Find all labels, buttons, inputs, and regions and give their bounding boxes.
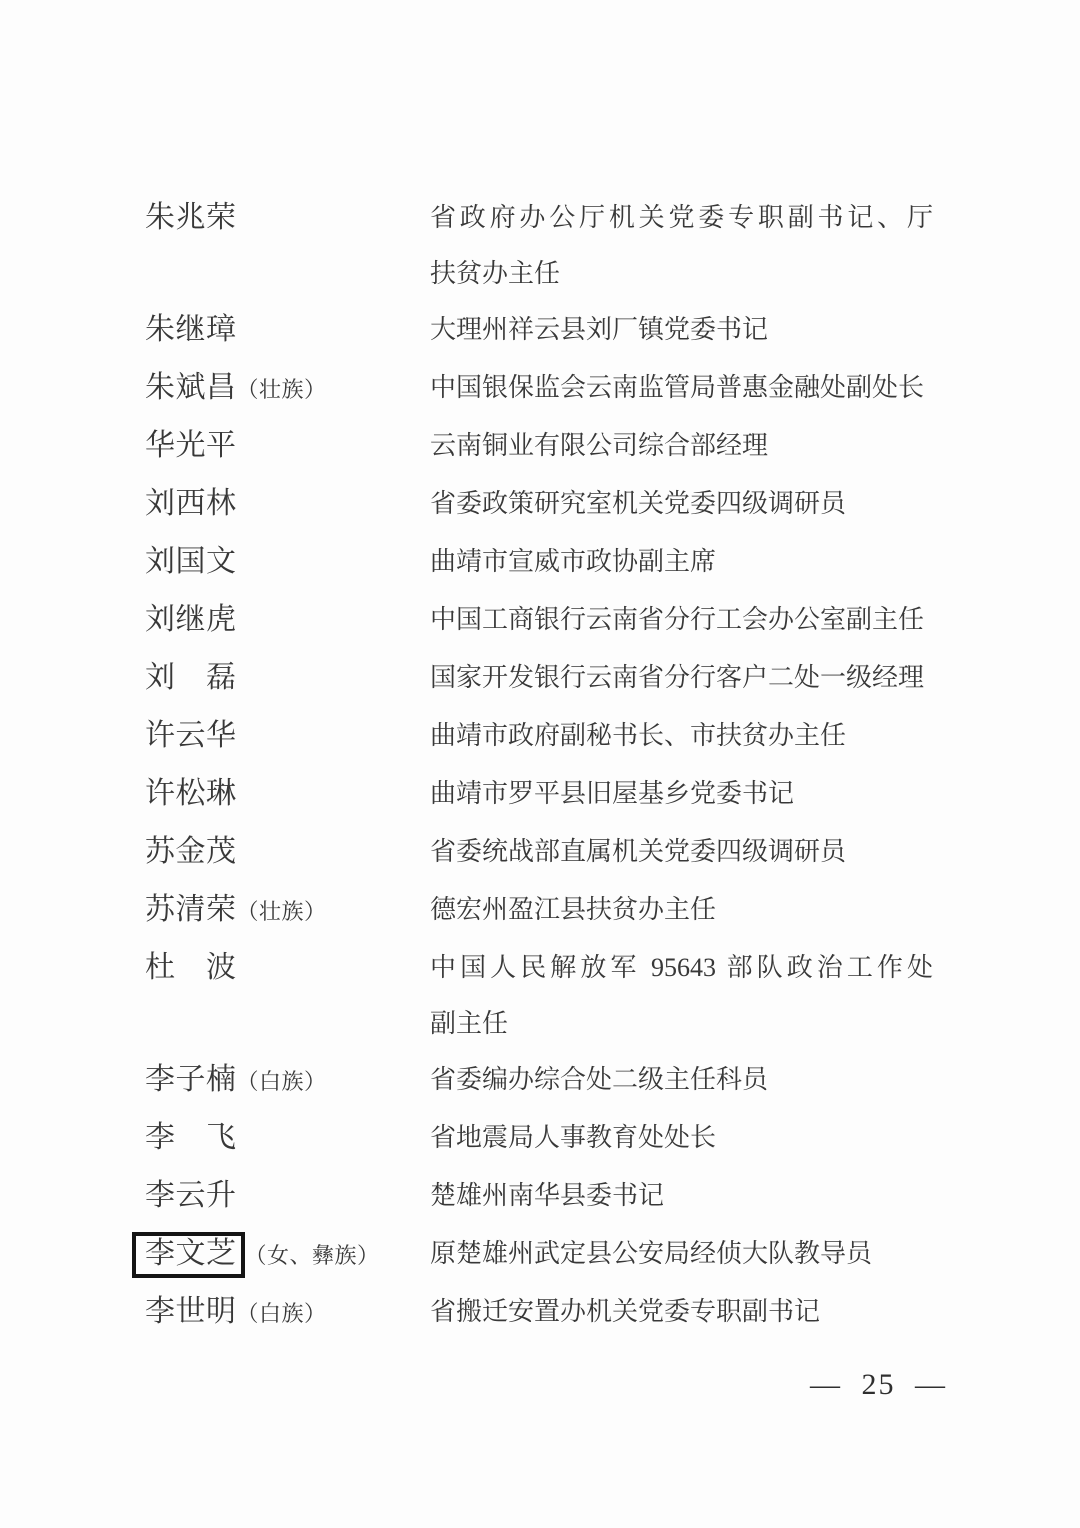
name-cell: 许云华: [145, 708, 430, 766]
name-cell: 苏清荣（壮族）: [145, 882, 430, 940]
title-cell: 曲靖市罗平县旧屋基乡党委书记: [430, 766, 933, 822]
position-title-line: 曲靖市宣威市政协副主席: [430, 534, 933, 590]
position-title-line: 国家开发银行云南省分行客户二处一级经理: [430, 650, 933, 706]
ethnic-annotation: （白族）: [237, 1301, 327, 1326]
person-name: 许云华: [145, 719, 237, 752]
roster-row: 朱继璋 大理州祥云县刘厂镇党委书记: [145, 302, 933, 360]
roster-row: 许松琳 曲靖市罗平县旧屋基乡党委书记: [145, 766, 933, 824]
name-cell: 刘继虎: [145, 592, 430, 650]
roster-row: 朱斌昌（壮族） 中国银保监会云南监管局普惠金融处副处长: [145, 360, 933, 418]
person-name: 李 飞: [145, 1121, 237, 1154]
position-title-line: 省委统战部直属机关党委四级调研员: [430, 824, 933, 880]
name-cell: 李云升: [145, 1168, 430, 1226]
person-name: 李子楠: [145, 1063, 237, 1096]
name-cell: 刘西林: [145, 476, 430, 534]
roster-row: 李云升 楚雄州南华县委书记: [145, 1168, 933, 1226]
roster-list: 朱兆荣 省政府办公厅机关党委专职副书记、厅 扶贫办主任 朱继璋 大理州祥云县刘厂…: [145, 190, 933, 1342]
roster-row: 李世明（白族） 省搬迁安置办机关党委专职副书记: [145, 1284, 933, 1342]
title-cell: 中国人民解放军 95643 部队政治工作处 副主任: [430, 940, 933, 1052]
position-title-line: 省搬迁安置办机关党委专职副书记: [430, 1284, 933, 1340]
ethnic-annotation: （白族）: [237, 1069, 327, 1094]
name-cell: 朱继璋: [145, 302, 430, 360]
position-title-line: 曲靖市政府副秘书长、市扶贫办主任: [430, 708, 933, 764]
roster-row: 李 飞 省地震局人事教育处处长: [145, 1110, 933, 1168]
person-name: 朱继璋: [145, 313, 237, 346]
person-name: 刘国文: [145, 545, 237, 578]
roster-row: 刘西林 省委政策研究室机关党委四级调研员: [145, 476, 933, 534]
position-title-line: 副主任: [430, 996, 933, 1052]
ethnic-annotation: （壮族）: [237, 899, 327, 924]
person-name: 苏金茂: [145, 835, 237, 868]
roster-row: 李文芝（女、彝族） 原楚雄州武定县公安局经侦大队教导员: [145, 1226, 933, 1284]
roster-row: 刘继虎 中国工商银行云南省分行工会办公室副主任: [145, 592, 933, 650]
title-cell: 省地震局人事教育处处长: [430, 1110, 933, 1166]
person-name: 刘继虎: [145, 603, 237, 636]
title-cell: 省委统战部直属机关党委四级调研员: [430, 824, 933, 880]
roster-row: 朱兆荣 省政府办公厅机关党委专职副书记、厅 扶贫办主任: [145, 190, 933, 302]
name-cell: 刘 磊: [145, 650, 430, 708]
roster-row: 许云华 曲靖市政府副秘书长、市扶贫办主任: [145, 708, 933, 766]
title-cell: 省政府办公厅机关党委专职副书记、厅 扶贫办主任: [430, 190, 933, 302]
title-cell: 曲靖市政府副秘书长、市扶贫办主任: [430, 708, 933, 764]
title-cell: 国家开发银行云南省分行客户二处一级经理: [430, 650, 933, 706]
title-cell: 中国银保监会云南监管局普惠金融处副处长: [430, 360, 933, 416]
title-cell: 原楚雄州武定县公安局经侦大队教导员: [430, 1226, 933, 1282]
position-title-line: 省地震局人事教育处处长: [430, 1110, 933, 1166]
position-title-line: 中国工商银行云南省分行工会办公室副主任: [430, 592, 933, 648]
name-cell: 李 飞: [145, 1110, 430, 1168]
position-title-line: 曲靖市罗平县旧屋基乡党委书记: [430, 766, 933, 822]
person-name: 杜 波: [145, 951, 237, 984]
name-cell: 杜 波: [145, 940, 430, 998]
name-cell: 许松琳: [145, 766, 430, 824]
position-title-line: 扶贫办主任: [430, 246, 933, 302]
person-name: 许松琳: [145, 777, 237, 810]
roster-row: 杜 波 中国人民解放军 95643 部队政治工作处 副主任: [145, 940, 933, 1052]
position-title-line: 省委政策研究室机关党委四级调研员: [430, 476, 933, 532]
person-name: 朱斌昌: [145, 371, 237, 404]
position-title-line: 楚雄州南华县委书记: [430, 1168, 933, 1224]
title-cell: 曲靖市宣威市政协副主席: [430, 534, 933, 590]
title-cell: 楚雄州南华县委书记: [430, 1168, 933, 1224]
name-cell: 李世明（白族）: [145, 1284, 430, 1342]
title-cell: 云南铜业有限公司综合部经理: [430, 418, 933, 474]
document-page: 朱兆荣 省政府办公厅机关党委专职副书记、厅 扶贫办主任 朱继璋 大理州祥云县刘厂…: [0, 0, 1080, 1528]
person-name: 苏清荣: [145, 893, 237, 926]
person-name: 朱兆荣: [145, 201, 237, 234]
name-cell: 刘国文: [145, 534, 430, 592]
name-cell: 朱斌昌（壮族）: [145, 360, 430, 418]
name-cell: 李子楠（白族）: [145, 1052, 430, 1110]
person-name: 刘西林: [145, 487, 237, 520]
name-cell: 苏金茂: [145, 824, 430, 882]
name-cell: 李文芝（女、彝族）: [145, 1226, 430, 1284]
roster-row: 刘国文 曲靖市宣威市政协副主席: [145, 534, 933, 592]
roster-row: 刘 磊 国家开发银行云南省分行客户二处一级经理: [145, 650, 933, 708]
position-title-line: 省委编办综合处二级主任科员: [430, 1052, 933, 1108]
title-cell: 省搬迁安置办机关党委专职副书记: [430, 1284, 933, 1340]
position-title-line: 省政府办公厅机关党委专职副书记、厅: [430, 190, 933, 246]
title-cell: 中国工商银行云南省分行工会办公室副主任: [430, 592, 933, 648]
roster-row: 李子楠（白族） 省委编办综合处二级主任科员: [145, 1052, 933, 1110]
position-title-line: 大理州祥云县刘厂镇党委书记: [430, 302, 933, 358]
position-title-line: 中国银保监会云南监管局普惠金融处副处长: [430, 360, 933, 416]
person-name: 华光平: [145, 429, 237, 462]
name-cell: 朱兆荣: [145, 190, 430, 248]
title-cell: 省委编办综合处二级主任科员: [430, 1052, 933, 1108]
position-title-line: 中国人民解放军 95643 部队政治工作处: [430, 940, 933, 996]
position-title-line: 德宏州盈江县扶贫办主任: [430, 882, 933, 938]
ethnic-annotation: （女、彝族）: [245, 1243, 380, 1268]
highlighted-person-name target-highlight-box: 李文芝: [132, 1232, 245, 1278]
title-cell: 省委政策研究室机关党委四级调研员: [430, 476, 933, 532]
name-cell: 华光平: [145, 418, 430, 476]
roster-row: 苏清荣（壮族） 德宏州盈江县扶贫办主任: [145, 882, 933, 940]
title-cell: 大理州祥云县刘厂镇党委书记: [430, 302, 933, 358]
position-title-line: 云南铜业有限公司综合部经理: [430, 418, 933, 474]
person-name: 李世明: [145, 1295, 237, 1328]
title-cell: 德宏州盈江县扶贫办主任: [430, 882, 933, 938]
person-name: 李云升: [145, 1179, 237, 1212]
ethnic-annotation: （壮族）: [237, 377, 327, 402]
position-title-line: 原楚雄州武定县公安局经侦大队教导员: [430, 1226, 933, 1282]
roster-row: 苏金茂 省委统战部直属机关党委四级调研员: [145, 824, 933, 882]
roster-row: 华光平 云南铜业有限公司综合部经理: [145, 418, 933, 476]
person-name: 刘 磊: [145, 661, 237, 694]
page-number: — 25 —: [810, 1368, 947, 1402]
